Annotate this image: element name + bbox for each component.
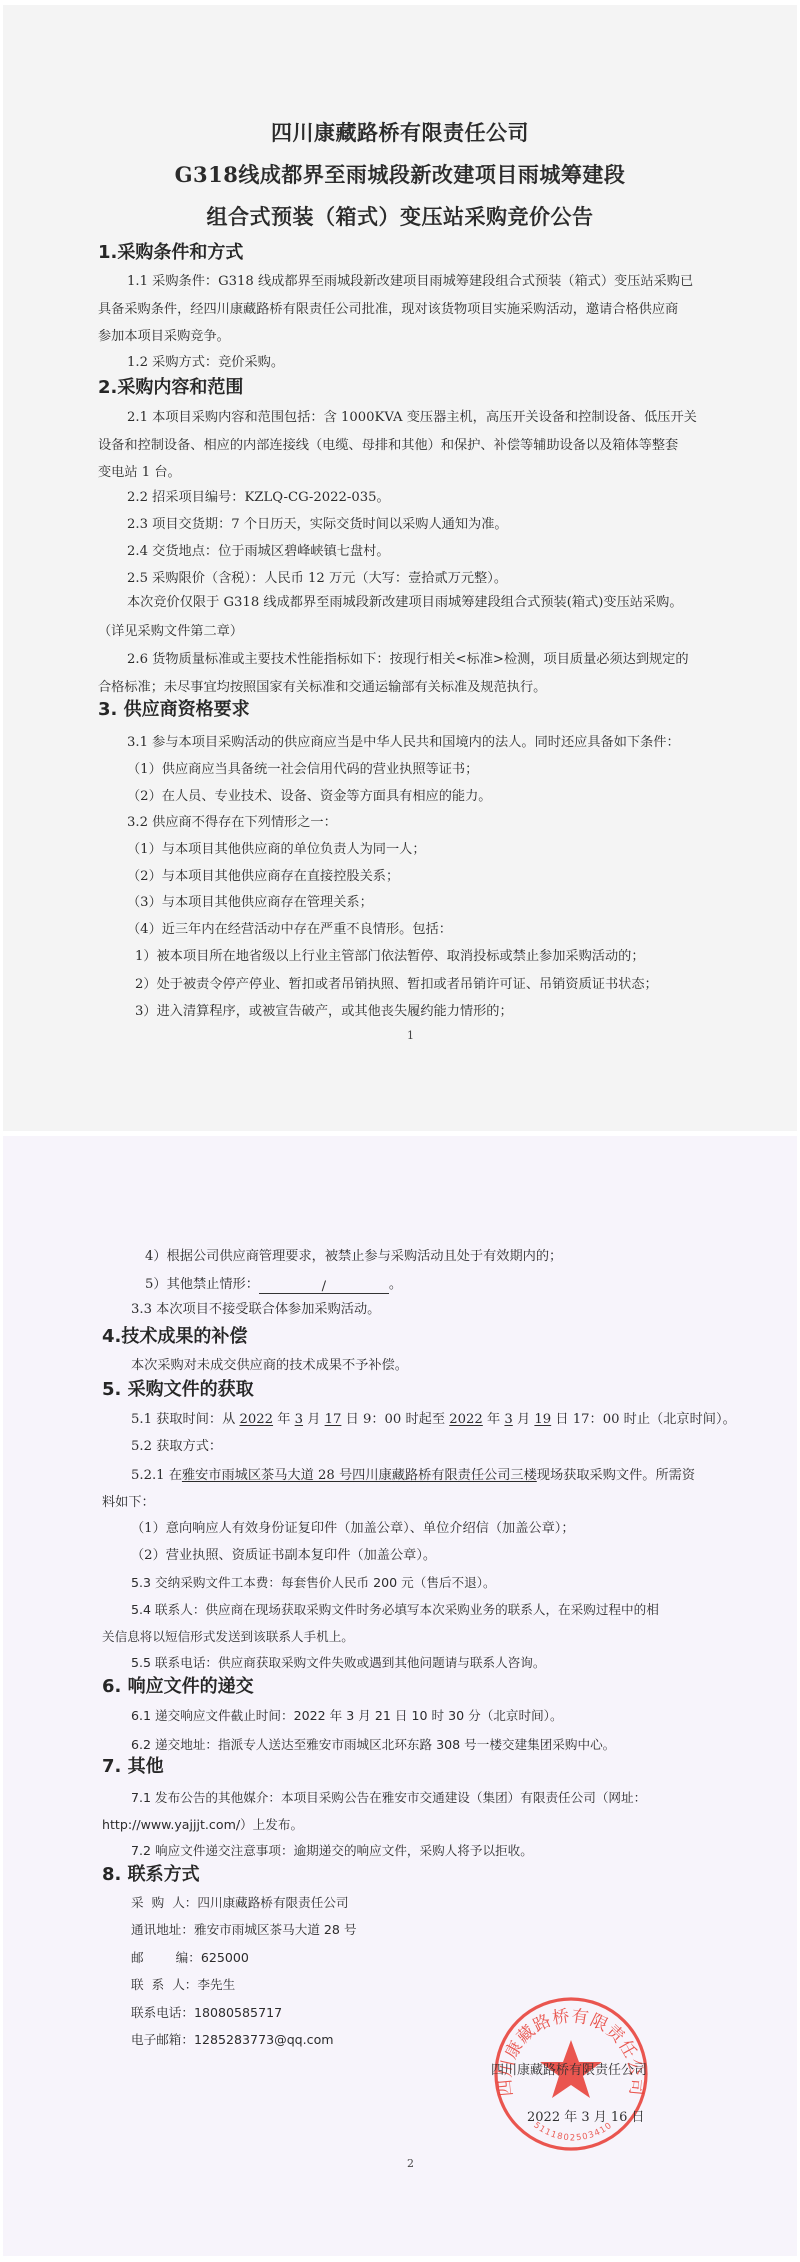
start-month: 3	[295, 1412, 303, 1427]
paragraph-3-3: 3.3 本次项目不接受联合体参加采购活动。	[131, 1301, 380, 1319]
section-heading-1: 1.采购条件和方式	[98, 242, 243, 264]
contact-phone: 联系电话：18080585717	[131, 2004, 282, 2022]
paragraph-6-1: 6.1 递交响应文件截止时间：2022 年 3 月 21 日 10 时 30 分…	[131, 1707, 563, 1725]
paragraph-1-1-line-2: 具备采购条件，经四川康藏路桥有限责任公司批准，现对该货物项目实施采购活动，邀请合…	[98, 301, 678, 319]
list-item-3-1-1: （1）供应商应当具备统一社会信用代码的营业执照等证书；	[127, 761, 478, 779]
contact-label: 联系电话：	[131, 2005, 194, 2020]
paragraph-3-2: 3.2 供应商不得存在下列情形之一：	[127, 814, 337, 832]
end-month: 3	[504, 1412, 512, 1427]
paragraph-2-2: 2.2 招采项目编号：KZLQ-CG-2022-035。	[127, 489, 390, 507]
paragraph-5-1: 5.1 获取时间：从 2022 年 3 月 17 日 9：00 时起至 2022…	[131, 1411, 736, 1429]
section-heading-8: 8. 联系方式	[102, 1864, 200, 1886]
list-item-5-2-1: （1）意向响应人有效身份证复印件（加盖公章）、单位介绍信（加盖公章）；	[131, 1520, 575, 1538]
paragraph-5-3: 5.3 交纳采购文件工本费：每套售价人民币 200 元（售后不退）。	[131, 1574, 496, 1592]
paragraph-2-3: 2.3 项目交货期：7 个日历天，实际交货时间以采购人通知为准。	[127, 516, 508, 534]
text: 年	[483, 1412, 505, 1427]
text: 年	[273, 1412, 295, 1427]
text: 5.2.1 在	[131, 1468, 182, 1483]
contact-label: 联 系 人：	[131, 1977, 197, 1992]
contact-person: 联 系 人：李先生	[131, 1976, 235, 1994]
paragraph-5-4-line-2: 关信息将以短信形式发送到该联系人手机上。	[102, 1628, 354, 1646]
paragraph-5-2-1-line-2: 料如下：	[102, 1494, 155, 1512]
paragraph-2-6-line-2: 合格标准；未尽事宜均按照国家有关标准和交通运输部有关标准及规范执行。	[98, 679, 546, 697]
list-item-3-2-1: （1）与本项目其他供应商的单位负责人为同一人；	[127, 841, 426, 859]
section-heading-5: 5. 采购文件的获取	[102, 1379, 254, 1401]
paragraph-2-1-line-2: 设备和控制设备、相应的内部连接线（电缆、母排和其他）和保护、补偿等辅助设备以及箱…	[98, 437, 678, 455]
contact-postcode: 邮 编：625000	[131, 1949, 249, 1967]
sub-item-5: 5）其他禁止情形：/。	[145, 1276, 402, 1294]
list-item-3-1-2: （2）在人员、专业技术、设备、资金等方面具有相应的能力。	[127, 788, 491, 806]
list-item-5-2-2: （2）营业执照、资质证书副本复印件（加盖公章）。	[131, 1547, 436, 1565]
section-heading-3: 3. 供应商资格要求	[98, 699, 250, 721]
paragraph-2-1-line-3: 变电站 1 台。	[98, 464, 181, 482]
text: 月	[303, 1412, 325, 1427]
signature-date: 2022 年 3 月 16 日	[527, 2106, 645, 2125]
contact-email: 电子邮箱：1285283773@qq.com	[131, 2031, 334, 2049]
paragraph-5-2: 5.2 获取方式：	[131, 1438, 222, 1456]
contact-label: 采 购 人：	[131, 1895, 197, 1910]
text: 现场获取采购文件。所需资	[537, 1468, 695, 1483]
contact-value: 李先生	[197, 1977, 235, 1992]
paragraph-2-1-line-1: 2.1 本项目采购内容和范围包括：含 1000KVA 变压器主机，高压开关设备和…	[127, 409, 697, 427]
section-heading-6: 6. 响应文件的递交	[102, 1676, 254, 1698]
contact-address: 通讯地址：雅安市雨城区茶马大道 28 号	[131, 1921, 357, 1939]
sub-item-5-end: 。	[389, 1277, 402, 1292]
paragraph-5-2-1-line-1: 5.2.1 在雅安市雨城区茶马大道 28 号四川康藏路桥有限责任公司三楼现场获取…	[131, 1467, 695, 1485]
page-number-2: 2	[407, 2157, 414, 2170]
text: 日 17：00 时止（北京时间）。	[551, 1412, 736, 1427]
start-year: 2022	[239, 1412, 273, 1427]
document-title-project: G318线成都界至雨城段新改建项目雨城筹建段	[0, 162, 800, 188]
text: 月	[513, 1412, 535, 1427]
paragraph-1-2: 1.2 采购方式：竞价采购。	[127, 354, 284, 372]
section-heading-2: 2.采购内容和范围	[98, 377, 243, 399]
contact-purchaser: 采 购 人：四川康藏路桥有限责任公司	[131, 1894, 349, 1912]
paragraph-2-5: 2.5 采购限价（含税）：人民币 12 万元（大写：壹拾贰万元整）。	[127, 570, 507, 588]
sub-item-1: 1）被本项目所在地省级以上行业主管部门依法暂停、取消投标或禁止参加采购活动的；	[135, 948, 645, 966]
list-item-3-2-2: （2）与本项目其他供应商存在直接控股关系；	[127, 868, 399, 886]
paragraph-5-5: 5.5 联系电话：供应商获取采购文件失败或遇到其他问题请与联系人咨询。	[131, 1654, 545, 1672]
end-day: 19	[534, 1412, 551, 1427]
paragraph-1-1-line-1: 1.1 采购条件：G318 线成都界至雨城段新改建项目雨城筹建段组合式预装（箱式…	[127, 273, 693, 291]
page-number-1: 1	[407, 1029, 414, 1042]
contact-label: 通讯地址：	[131, 1922, 194, 1937]
paragraph-2-6-line-1: 2.6 货物质量标准或主要技术性能指标如下：按现行相关<标准>检测，项目质量必须…	[127, 651, 689, 669]
text: 日 9：00 时起至	[341, 1412, 449, 1427]
list-item-3-2-3: （3）与本项目其他供应商存在管理关系；	[127, 894, 373, 912]
contact-value: 雅安市雨城区茶马大道 28 号	[194, 1922, 357, 1937]
paragraph-3-1: 3.1 参与本项目采购活动的供应商应当是中华人民共和国境内的法人。同时还应具备如…	[127, 734, 680, 752]
signature-company: 四川康藏路桥有限责任公司	[491, 2059, 647, 2078]
sub-item-2: 2）处于被责令停产停业、暂扣或者吊销执照、暂扣或者吊销许可证、吊销资质证书状态；	[135, 976, 658, 994]
contact-label: 电子邮箱：	[131, 2032, 194, 2047]
paragraph-1-1-line-3: 参加本项目采购竞争。	[98, 328, 230, 346]
document-title-notice: 组合式预装（箱式）变压站采购竞价公告	[0, 204, 800, 230]
section-heading-4: 4.技术成果的补偿	[102, 1326, 247, 1348]
start-day: 17	[325, 1412, 342, 1427]
document-title-company: 四川康藏路桥有限责任公司	[0, 120, 800, 146]
blank-field: /	[259, 1278, 389, 1294]
sub-item-3: 3）进入清算程序，或被宣告破产，或其他丧失履约能力情形的；	[135, 1003, 513, 1021]
sub-item-4: 4）根据公司供应商管理要求，被禁止参与采购活动且处于有效期内的；	[145, 1248, 562, 1266]
paragraph-7-1-line-1: 7.1 发布公告的其他媒介：本项目采购公告在雅安市交通建设（集团）有限责任公司（…	[131, 1789, 646, 1807]
paragraph-6-2: 6.2 递交地址：指派专人送达至雅安市雨城区北环东路 308 号一楼交建集团采购…	[131, 1736, 615, 1754]
paragraph-7-1-line-2: http://www.yajjjt.com/）上发布。	[102, 1816, 303, 1834]
end-year: 2022	[449, 1412, 483, 1427]
sub-item-5-label: 5）其他禁止情形：	[145, 1277, 259, 1292]
pickup-address: 雅安市雨城区茶马大道 28 号四川康藏路桥有限责任公司三楼	[182, 1468, 537, 1483]
paragraph-7-2: 7.2 响应文件递交注意事项：逾期递交的响应文件，采购人将予以拒收。	[131, 1842, 533, 1860]
paragraph-scope-line-1: 本次竞价仅限于 G318 线成都界至雨城段新改建项目雨城筹建段组合式预装(箱式)…	[127, 594, 683, 612]
contact-value: 四川康藏路桥有限责任公司	[197, 1895, 348, 1910]
contact-value: 1285283773@qq.com	[194, 2032, 334, 2047]
contact-value: 18080585717	[194, 2005, 282, 2020]
paragraph-4: 本次采购对未成交供应商的技术成果不予补偿。	[131, 1357, 408, 1375]
contact-label: 邮 编：	[131, 1950, 201, 1965]
paragraph-5-4-line-1: 5.4 联系人：供应商在现场获取采购文件时务必填写本次采购业务的联系人，在采购过…	[131, 1601, 659, 1619]
text: 5.1 获取时间：从	[131, 1412, 239, 1427]
section-heading-7: 7. 其他	[102, 1756, 164, 1778]
paragraph-2-4: 2.4 交货地点：位于雨城区碧峰峡镇七盘村。	[127, 543, 390, 561]
list-item-3-2-4: （4）近三年内在经营活动中存在严重不良情形。包括：	[127, 921, 452, 939]
paragraph-scope-line-2: （详见采购文件第二章）	[98, 623, 243, 641]
contact-value: 625000	[201, 1950, 249, 1965]
